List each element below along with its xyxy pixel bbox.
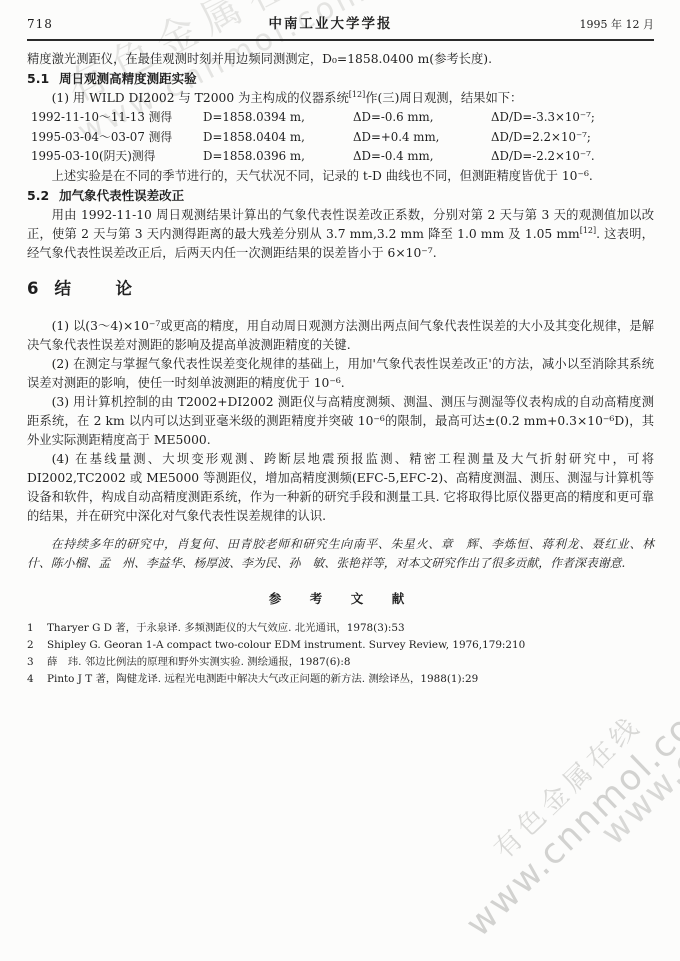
reference-text: Tharyer G D 著，于永泉译. 多频测距仪的大气效应. 北光通讯，197… (47, 620, 654, 637)
section-heading-conclusion: 6结 论 (27, 278, 654, 300)
measurement-delta: ΔD=+0.4 mm, (353, 128, 491, 148)
paragraph-conclusion-3: (3) 用计算机控制的由 T2002+DI2002 测距仪与高精度测频、测温、测… (27, 393, 654, 450)
citation-superscript: [12] (580, 225, 596, 234)
paragraph-instrument-system: (1) 用 WILD DI2002 与 T2000 为主构成的仪器系统[12]作… (27, 89, 654, 108)
paragraph-seasons-note: 上述实验是在不同的季节进行的，天气状况不同，记录的 t-D 曲线也不同，但测距精… (27, 167, 654, 186)
measurement-result-row: 1992-11-10～11-13 测得 D=1858.0394 m, ΔD=-0… (27, 108, 654, 128)
reference-number: 4 (27, 671, 47, 688)
paragraph-intro: 精度激光测距仪，在最佳观测时刻并用边频同测测定，D₀=1858.0400 m(参… (27, 50, 654, 69)
section-heading-5-2: 5.2加气象代表性误差改正 (27, 186, 654, 206)
measurement-ratio: ΔD/D=2.2×10⁻⁷; (491, 128, 654, 148)
page-number: 718 (27, 17, 117, 31)
measurement-delta: ΔD=-0.4 mm, (353, 147, 491, 167)
measurement-result-row: 1995-03-04～03-07 测得 D=1858.0404 m, ΔD=+0… (27, 128, 654, 148)
reference-number: 3 (27, 654, 47, 671)
running-header: 718 中南工业大学学报 1995 年 12 月 (27, 12, 654, 32)
paragraph-conclusion-1: (1) 以(3～4)×10⁻⁷或更高的精度，用自动周日观测方法测出两点间气象代表… (27, 317, 654, 355)
reference-text: Shipley G. Georan 1-A compact two-colour… (47, 637, 654, 654)
reference-item: 3 薛 玮. 邻边比例法的原理和野外实测实验. 测绘通报，1987(6):8 (27, 654, 654, 671)
page-content: 718 中南工业大学学报 1995 年 12 月 精度激光测距仪，在最佳观测时刻… (27, 12, 654, 688)
section-title: 加气象代表性误差改正 (59, 188, 184, 203)
paragraph-conclusion-2: (2) 在测定与掌握气象代表性误差变化规律的基础上，用加'气象代表性误差改正'的… (27, 355, 654, 393)
reference-number: 1 (27, 620, 47, 637)
paragraph-correction: 用由 1992-11-10 周日观测结果计算出的气象代表性误差改正系数，分别对第… (27, 206, 654, 263)
article-body: 精度激光测距仪，在最佳观测时刻并用边频同测测定，D₀=1858.0400 m(参… (27, 50, 654, 688)
section-heading-5-1: 5.1周日观测高精度测距实验 (27, 69, 654, 89)
paragraph-text: 作(三)周日观测，结果如下： (365, 91, 522, 105)
measurement-delta: ΔD=-0.6 mm, (353, 108, 491, 128)
measurement-ratio: ΔD/D=-2.2×10⁻⁷. (491, 147, 654, 167)
watermark-site-url: www.cnnmol.com (450, 674, 680, 953)
measurement-ratio: ΔD/D=-3.3×10⁻⁷; (491, 108, 654, 128)
paragraph-text: 用由 1992-11-10 周日观测结果计算出的气象代表性误差改正系数，分别对第… (27, 208, 654, 241)
measurement-period: 1992-11-10～11-13 测得 (31, 108, 203, 128)
scanned-paper-page: 有色金属在线 www.cnnmol.com 有色金属在线 www.cnnmol.… (0, 0, 680, 961)
section-title: 周日观测高精度测距实验 (59, 71, 197, 86)
paragraph-conclusion-4: (4) 在基线量测、大坝变形观测、跨断层地震预报监测、精密工程测量及大气折射研究… (27, 450, 654, 526)
measurement-distance: D=1858.0394 m, (203, 108, 353, 128)
reference-text: 薛 玮. 邻边比例法的原理和野外实测实验. 测绘通报，1987(6):8 (47, 654, 654, 671)
acknowledgment: 在持续多年的研究中，肖复何、田青胶老师和研究生向南平、朱星火、章 辉、李炼恒、蒋… (27, 535, 654, 574)
watermark-bottom-right: 有色金属在线 www.cnnmol.com (423, 646, 680, 953)
reference-number: 2 (27, 637, 47, 654)
issue-date: 1995 年 12 月 (544, 16, 654, 32)
reference-item: 4 Pinto J T 著，陶健龙译. 远程光电测距中解决大气改正问题的新方法.… (27, 671, 654, 688)
section-number: 5.2 (27, 188, 49, 203)
header-rule (27, 39, 654, 41)
watermark-site-name: 有色金属在线 (423, 646, 680, 924)
paragraph-text: (1) 用 WILD DI2002 与 T2000 为主构成的仪器系统 (52, 91, 349, 105)
reference-item: 2 Shipley G. Georan 1-A compact two-colo… (27, 637, 654, 654)
journal-title: 中南工业大学学报 (117, 12, 544, 32)
references-heading: 参 考 文 献 (27, 589, 654, 608)
measurement-distance: D=1858.0396 m, (203, 147, 353, 167)
section-title: 结 论 (54, 279, 146, 298)
measurement-distance: D=1858.0404 m, (203, 128, 353, 148)
section-number: 5.1 (27, 71, 49, 86)
reference-item: 1 Tharyer G D 著，于永泉译. 多频测距仪的大气效应. 北光通讯，1… (27, 620, 654, 637)
measurement-result-row: 1995-03-10(阴天)测得 D=1858.0396 m, ΔD=-0.4 … (27, 147, 654, 167)
measurement-period: 1995-03-10(阴天)测得 (31, 147, 203, 167)
reference-text: Pinto J T 著，陶健龙译. 远程光电测距中解决大气改正问题的新方法. 测… (47, 671, 654, 688)
measurement-period: 1995-03-04～03-07 测得 (31, 128, 203, 148)
section-number: 6 (27, 279, 38, 298)
citation-superscript: [12] (349, 90, 365, 99)
